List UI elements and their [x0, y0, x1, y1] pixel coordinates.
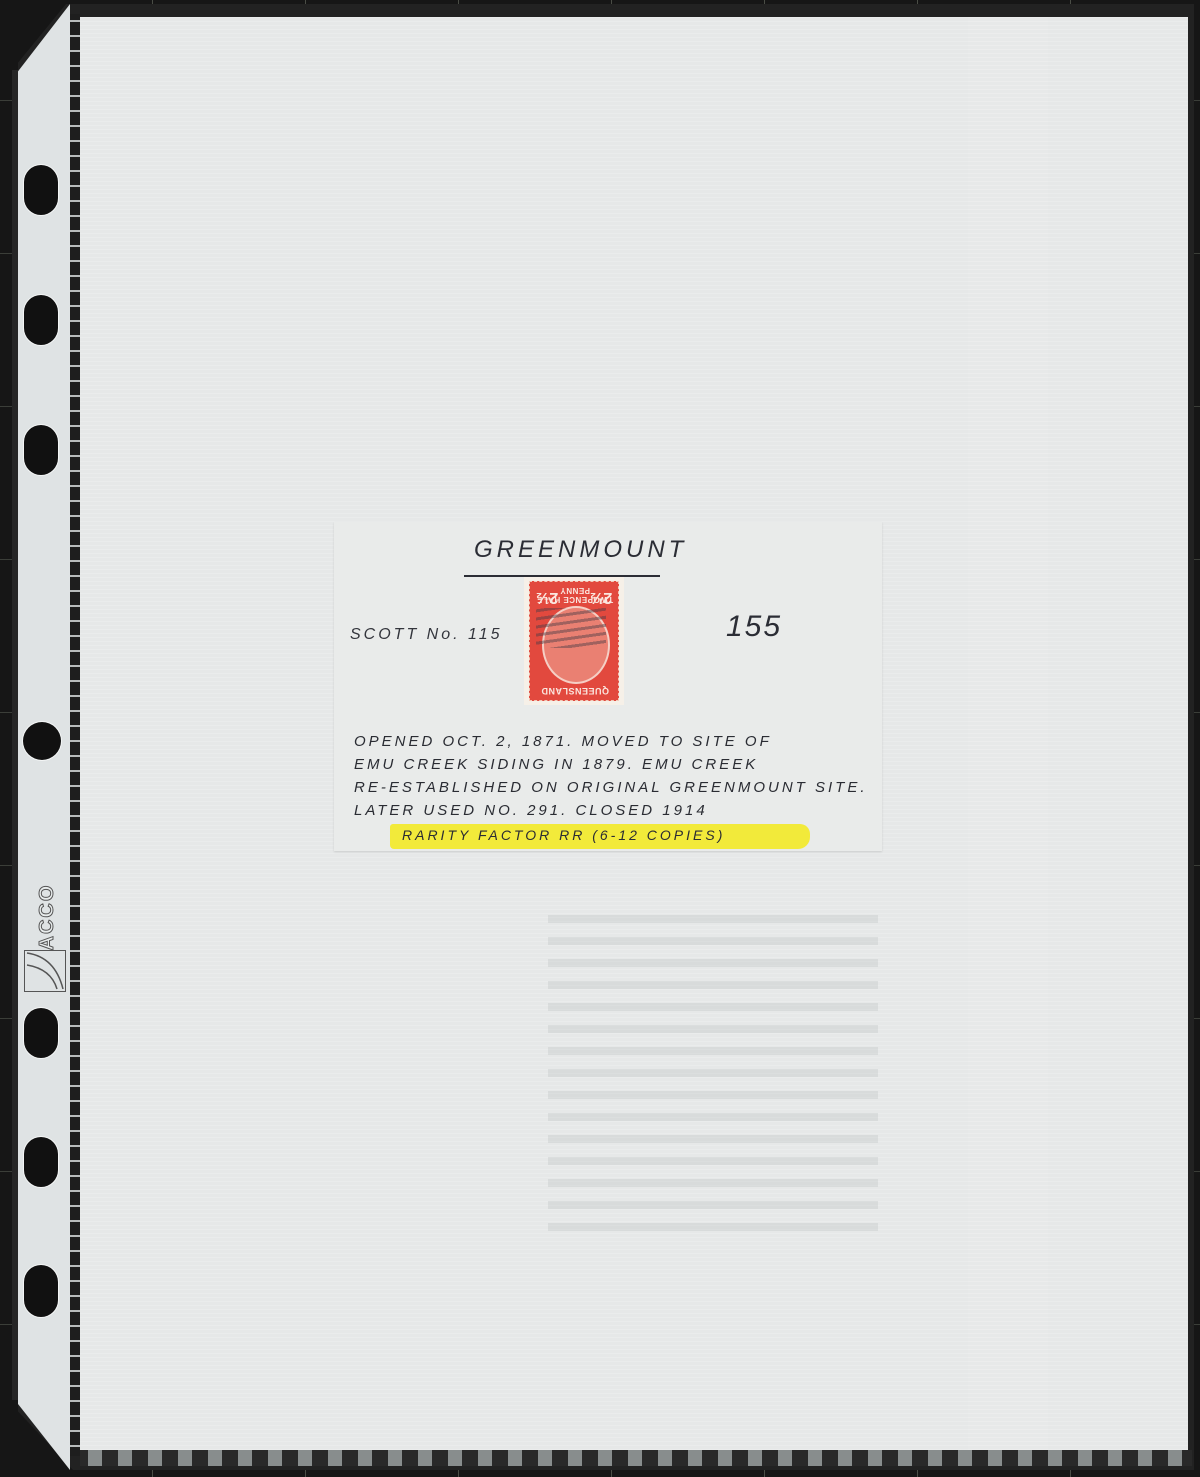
binder-hole-icon — [24, 1137, 58, 1187]
stamp-card: GREENMOUNT SCOTT No. 115 155 2½ 2½ TWOPE… — [334, 522, 882, 851]
binder-hole-icon — [23, 722, 61, 760]
stamp: 2½ 2½ TWOPENCE HALF PENNY QUEENSLAND — [524, 577, 624, 705]
note-line: OPENED OCT. 2, 1871. MOVED TO SITE OF — [354, 730, 874, 753]
binder-hole-icon — [24, 165, 58, 215]
note-line: LATER USED NO. 291. CLOSED 1914 — [354, 799, 874, 822]
card-title: GREENMOUNT — [474, 536, 674, 564]
strip-left-edge — [12, 70, 18, 1400]
note-line: RE-ESTABLISHED ON ORIGINAL GREENMOUNT SI… — [354, 776, 874, 799]
acco-brand-text: ACCO — [36, 877, 60, 957]
stamp-country: QUEENSLAND — [534, 686, 616, 696]
scott-number: SCOTT No. 115 — [350, 626, 503, 644]
postmark-cancel-icon — [536, 608, 606, 648]
reverse-show-through — [548, 915, 878, 1245]
binder-hole-icon — [24, 1265, 58, 1317]
binder-hole-icon — [24, 1008, 58, 1058]
note-line: EMU CREEK SIDING IN 1879. EMU CREEK — [354, 753, 874, 776]
acco-logo-icon — [24, 950, 66, 992]
catalog-number: 155 — [726, 610, 782, 644]
rarity-factor: RARITY FACTOR RR (6-12 COPIES) — [402, 827, 725, 843]
page-shading — [968, 17, 1048, 1450]
stamp-value-text: TWOPENCE HALF PENNY — [534, 586, 616, 604]
sleeve-bottom-seam — [80, 1450, 1192, 1466]
rarity-highlight: RARITY FACTOR RR (6-12 COPIES) — [390, 824, 810, 849]
stamp-design: 2½ 2½ TWOPENCE HALF PENNY QUEENSLAND — [529, 581, 619, 701]
history-notes: OPENED OCT. 2, 1871. MOVED TO SITE OF EM… — [354, 730, 874, 822]
title-underline — [464, 575, 660, 577]
binder-hole-icon — [24, 425, 58, 475]
sleeve-seam — [70, 14, 80, 1456]
binder-hole-icon — [24, 295, 58, 345]
sleeve-right-edge — [1188, 17, 1192, 1462]
